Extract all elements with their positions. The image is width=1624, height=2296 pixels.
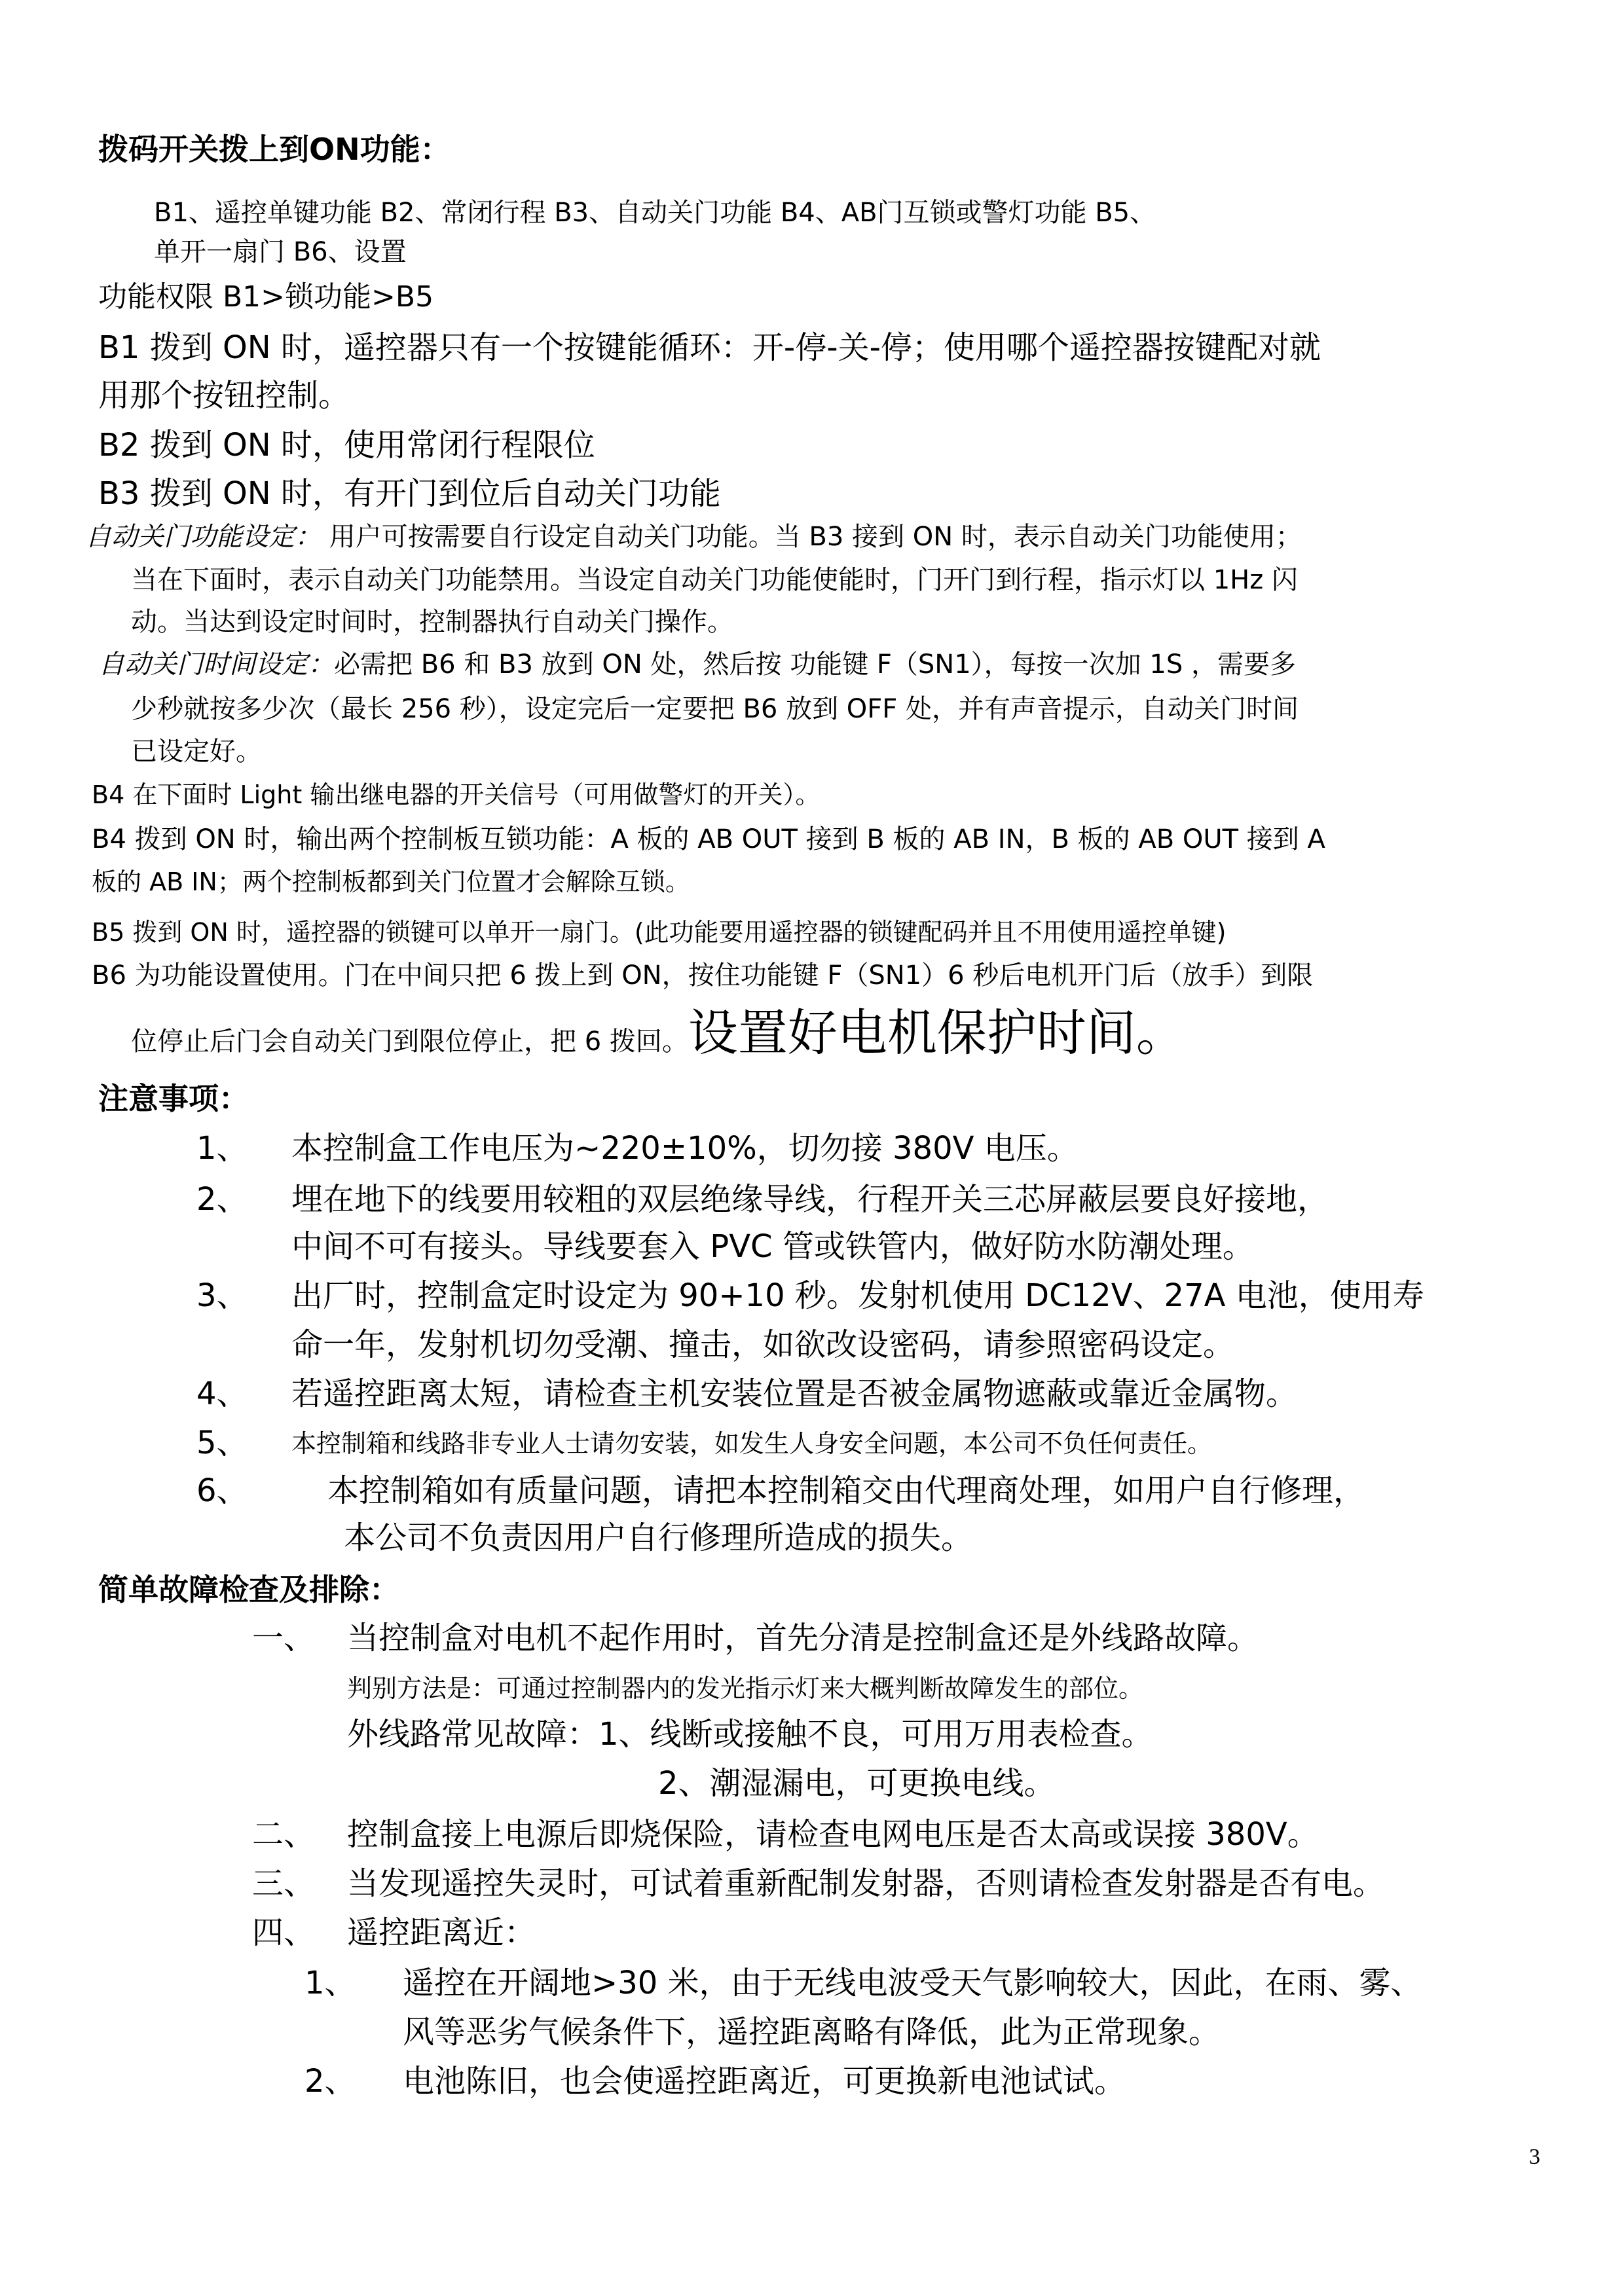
trouble-sub-item-1-line2: 风等恶劣气候条件下，遥控距离略有降低，此为正常现象。 xyxy=(403,2016,1220,2048)
b6-emphasis: 设置好电机保护时间。 xyxy=(688,1004,1186,1062)
auto-close-time-line2: 少秒就按多少次（最长 256 秒），设定完后一定要把 B6 放到 OFF 处，并… xyxy=(131,696,1299,722)
b4-on-text-line2: 板的 AB IN；两个控制板都到关门位置才会解除互锁。 xyxy=(92,869,690,894)
priority-text: 功能权限 B1>锁功能>B5 xyxy=(98,283,434,312)
page-number: 3 xyxy=(1529,2146,1540,2168)
auto-close-time-line3: 已设定好。 xyxy=(131,738,262,765)
trouble-sub-item-2: 电池陈旧，也会使遥控距离近，可更换新电池试试。 xyxy=(403,2066,1126,2097)
note-item-6-line2: 本公司不负责因用户自行修理所造成的损失。 xyxy=(344,1522,972,1554)
note-item-1: 本控制盒工作电压为~220±10%，切勿接 380V 电压。 xyxy=(291,1133,1079,1164)
trouble-item-1-method: 判别方法是：可通过控制器内的发光指示灯来大概判断故障发生的部位。 xyxy=(347,1676,1143,1701)
note-item-6-line1: 本控制箱如有质量问题，请把本控制箱交由代理商处理，如用户自行修理， xyxy=(327,1475,1365,1506)
trouble-sub-item-1-line1: 遥控在开阔地>30 米，由于无线电波受天气影响较大，因此，在雨、雾、 xyxy=(403,1967,1422,1999)
note-item-3-line1: 出厂时，控制盒定时设定为 90+10 秒。发射机使用 DC12V、27A 电池，… xyxy=(291,1280,1424,1311)
trouble-item-1-external2: 2、潮湿漏电，可更换电线。 xyxy=(658,1768,1056,1799)
trouble-sub-number: 1、 xyxy=(304,1967,356,1999)
trouble-number: 一、 xyxy=(252,1622,315,1654)
b2-text: B2 拨到 ON 时，使用常闭行程限位 xyxy=(98,429,595,461)
auto-close-setting-line1: 自动关门功能设定： 用户可按需要自行设定自动关门功能。当 B3 接到 ON 时，… xyxy=(85,524,1302,550)
b3-text: B3 拨到 ON 时，有开门到位后自动关门功能 xyxy=(98,478,721,509)
note-item-4: 若遥控距离太短，请检查主机安装位置是否被金属物遮蔽或靠近金属物。 xyxy=(291,1378,1297,1410)
b4-off-text: B4 在下面时 Light 输出继电器的开关信号（可用做警灯的开关）。 xyxy=(92,782,820,807)
note-number: 6、 xyxy=(196,1475,248,1506)
note-item-2-line1: 埋在地下的线要用较粗的双层绝缘导线，行程开关三芯屏蔽层要良好接地， xyxy=(291,1184,1329,1215)
b4-on-text-line1: B4 拨到 ON 时，输出两个控制板互锁功能：A 板的 AB OUT 接到 B … xyxy=(92,826,1325,852)
trouble-number: 二、 xyxy=(252,1819,315,1850)
b6-text-line1: B6 为功能设置使用。门在中间只把 6 拨上到 ON，按住功能键 F（SN1）6… xyxy=(92,962,1313,989)
trouble-item-4: 遥控距离近： xyxy=(347,1917,536,1948)
trouble-item-1: 当控制盒对电机不起作用时，首先分清是控制盒还是外线路故障。 xyxy=(347,1622,1259,1654)
trouble-item-1-external1: 外线路常见故障：1、线断或接触不良，可用万用表检查。 xyxy=(347,1719,1153,1750)
note-number: 5、 xyxy=(196,1427,248,1459)
note-number: 3、 xyxy=(196,1280,248,1311)
auto-close-time-line1: 自动关门时间设定：必需把 B6 和 B3 放到 ON 处，然后按 功能键 F（S… xyxy=(98,651,1296,678)
trouble-item-3: 当发现遥控失灵时，可试着重新配制发射器，否则请检查发射器是否有电。 xyxy=(347,1868,1384,1899)
note-number: 4、 xyxy=(196,1378,248,1410)
section-title-notes: 注意事项： xyxy=(98,1084,249,1114)
trouble-number: 四、 xyxy=(252,1917,315,1948)
note-item-5: 本控制箱和线路非专业人士请勿安装，如发生人身安全问题，本公司不负任何责任。 xyxy=(291,1431,1212,1456)
trouble-number: 三、 xyxy=(252,1868,315,1899)
auto-close-setting-line3: 动。当达到设定时间时，控制器执行自动关门操作。 xyxy=(131,609,733,635)
auto-close-setting-line2: 当在下面时，表示自动关门功能禁用。当设定自动关门功能使能时，门开门到行程，指示灯… xyxy=(131,567,1298,593)
b6-text-line2: 位停止后门会自动关门到限位停止，把 6 拨回。设置好电机保护时间。 xyxy=(131,1008,1186,1058)
note-number: 1、 xyxy=(196,1133,248,1164)
functions-list-line1: B1、遥控单键功能 B2、常闭行程 B3、自动关门功能 B4、AB门互锁或警灯功… xyxy=(154,200,1156,226)
auto-close-time-label: 自动关门时间设定： xyxy=(98,649,334,680)
section-title-dip-switch: 拨码开关拨上到ON功能： xyxy=(98,134,451,164)
trouble-item-2: 控制盒接上电源后即烧保险，请检查电网电压是否太高或误接 380V。 xyxy=(347,1819,1319,1850)
functions-list-line2: 单开一扇门 B6、设置 xyxy=(154,239,407,265)
note-number: 2、 xyxy=(196,1184,248,1215)
b5-text: B5 拨到 ON 时，遥控器的锁键可以单开一扇门。(此功能要用遥控器的锁键配码并… xyxy=(92,920,1226,945)
auto-close-setting-label: 自动关门功能设定： xyxy=(85,522,321,552)
note-item-3-line2: 命一年，发射机切勿受潮、撞击，如欲改设密码，请参照密码设定。 xyxy=(291,1329,1234,1360)
note-item-2-line2: 中间不可有接头。导线要套入 PVC 管或铁管内，做好防水防潮处理。 xyxy=(291,1231,1254,1262)
trouble-sub-number: 2、 xyxy=(304,2066,356,2097)
section-title-troubleshooting: 简单故障检查及排除： xyxy=(98,1575,399,1605)
b1-text-line1: B1 拨到 ON 时，遥控器只有一个按键能循环：开-停-关-停；使用哪个遥控器按… xyxy=(98,332,1321,363)
b1-text-line2: 用那个按钮控制。 xyxy=(98,380,350,411)
